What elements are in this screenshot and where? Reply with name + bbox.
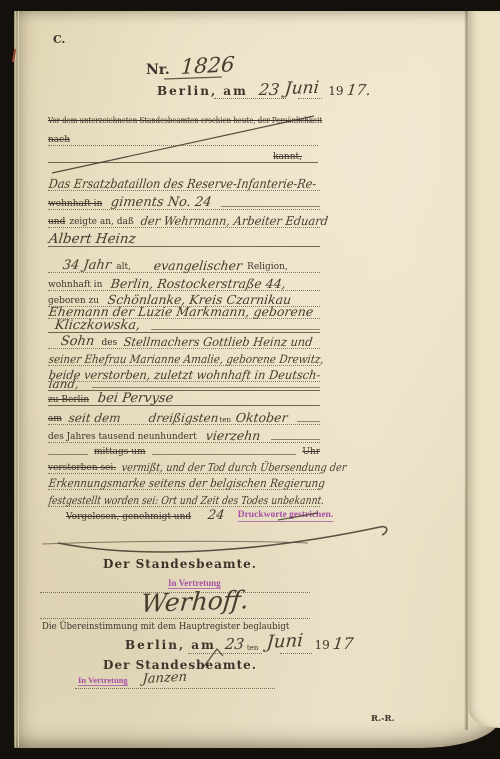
- foot-signature-rule: [75, 687, 275, 689]
- separator-rule-stroke: [42, 541, 308, 544]
- ink-strokes-overlay: [0, 0, 500, 759]
- number-underline-stroke: [164, 77, 222, 79]
- scanned-registry-page: C.Nr.1826Berlin, am23Juni1917.Vor dem un…: [0, 0, 500, 759]
- signature-rule: [40, 591, 310, 593]
- cancellation-stroke: [52, 116, 314, 173]
- signature-rule: [40, 617, 310, 619]
- foot-year-underline: [280, 652, 312, 654]
- year-underline: [298, 97, 322, 99]
- foot-date-underline: [188, 652, 262, 654]
- date-underline: [214, 97, 286, 99]
- stamp-line-dash: [278, 513, 318, 520]
- closing-flourish-stroke: [58, 527, 387, 552]
